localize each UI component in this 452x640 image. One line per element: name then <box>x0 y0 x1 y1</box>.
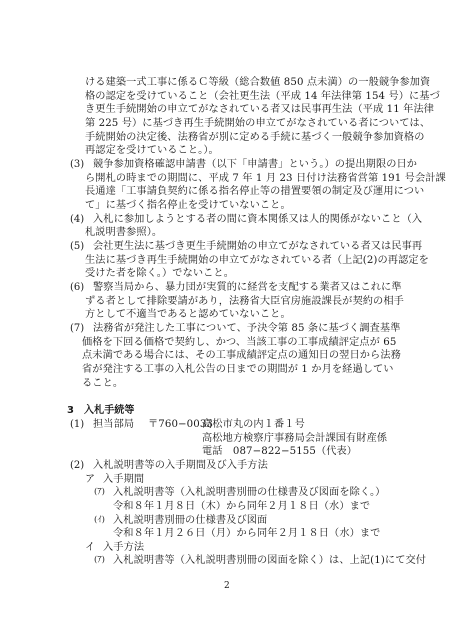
address-line: 高松地方検察庁事務局会計課国有財産係 <box>202 432 387 445</box>
item-number: (5) <box>70 240 84 253</box>
entry-text: 入札説明書等（入札説明書別冊の図面を除く）は、上記(1)にて交付 <box>113 554 426 567</box>
sub-label: ア <box>85 473 95 486</box>
item-line: 警察当局から、暴力団が実質的に経営を支配する業者又はこれに準 <box>93 281 388 294</box>
item-line: て」に基づく指名停止を受けていないこと。 <box>85 199 291 212</box>
item-line: ること。 <box>82 377 123 390</box>
item-line: 競争参加資格確認申請書（以下「申請書」という。）の提出期限の日か <box>93 158 388 171</box>
item-number: (3) <box>70 158 84 171</box>
entry-label: (ｱ) <box>94 554 105 567</box>
continuation-line: 格の認定を受けていること（会社更生法（平成 14 年法律第 154 号）に基づ <box>85 90 388 103</box>
item-line: 入札に参加しようとする者の間に資本関係又は人的関係がないこと（入 <box>93 213 388 226</box>
continuation-line: 第 225 号）に基づき再生手続開始の申立てがなされている者については、 <box>85 117 430 130</box>
item-line: ずる者として排除要請があり，法務省大臣官房施設課長が契約の相手 <box>85 295 388 308</box>
entry-period: 令和８年１月２６日（月）から同年２月１８日（水）まで <box>113 527 380 540</box>
item-line: ら開札の時までの期間に、平成 7 年 1 月 23 日付け法務省営第 191 号… <box>85 172 388 185</box>
sub-title: 入手方法 <box>103 541 144 554</box>
phone-line: 電話 087−822−5155（代表） <box>202 445 357 458</box>
continuation-line: 再認定を受けていること。）。 <box>85 144 219 157</box>
department-label: 担当部局 <box>93 418 134 431</box>
entry-period: 令和８年１月８日（木）から同年２月１８日（水）まで <box>113 500 370 513</box>
entry-title: 入札説明書別冊の仕様書及び図面 <box>113 514 267 527</box>
address-line: 高松市丸の内１番１号 <box>202 418 305 431</box>
item-line: 点未満である場合には、その工事成績評定点の通知日の翌日から法務 <box>82 349 388 362</box>
item-number: (2) <box>70 459 84 472</box>
page-number: 2 <box>224 581 230 591</box>
section-title: 入札手続等 <box>84 404 135 417</box>
item-line: 札説明書参照）。 <box>85 226 162 239</box>
continuation-line: 手続開始の決定後、法務省が別に定める手続に基づく一般競争参加資格の <box>85 131 388 144</box>
item-line: 受けた者を除く。）でないこと。 <box>85 267 234 280</box>
item-number: (1) <box>70 418 84 431</box>
sub-title: 入手期間 <box>103 473 144 486</box>
entry-title: 入札説明書等（入札説明書別冊の仕様書及び図面を除く。） <box>113 486 385 499</box>
continuation-line: き更生手続開始の申立てがなされている者又は民事再生法（平成 11 年法律 <box>85 103 388 116</box>
item-line: 省が発注する工事の入札公告の日までの期間が 1 か月を経過してい <box>82 363 388 376</box>
item-line: 会社更生法に基づき更生手続開始の申立てがなされている者又は民事再 <box>93 240 388 253</box>
item-title: 入札説明書等の入手期間及び入手方法 <box>93 459 268 472</box>
section-number: 3 <box>67 404 74 417</box>
entry-label: (ｲ) <box>94 514 105 527</box>
item-number: (7) <box>70 322 84 335</box>
entry-label: (ｱ) <box>94 486 105 499</box>
item-line: 価格を下回る価格で契約し、かつ、当該工事の工事成績評定点が 65 <box>82 336 388 349</box>
continuation-line: ける建築一式工事に係るＣ等級（総合数値 850 点未満）の一般競争参加資 <box>85 76 388 89</box>
sub-label: イ <box>85 541 95 554</box>
item-number: (6) <box>70 281 84 294</box>
item-line: 法務省が発注した工事について、予決令第 85 条に基づく調査基準 <box>93 322 388 335</box>
item-number: (4) <box>70 213 84 226</box>
item-line: 生法に基づき再生手続開始の申立てがなされている者（上記(2)の再認定を <box>85 254 388 267</box>
item-line: 方として不適当であると認めていないこと。 <box>85 308 291 321</box>
item-line: 長通達「工事請負契約に係る指名停止等の措置要領の制定及び運用につい <box>85 185 388 198</box>
